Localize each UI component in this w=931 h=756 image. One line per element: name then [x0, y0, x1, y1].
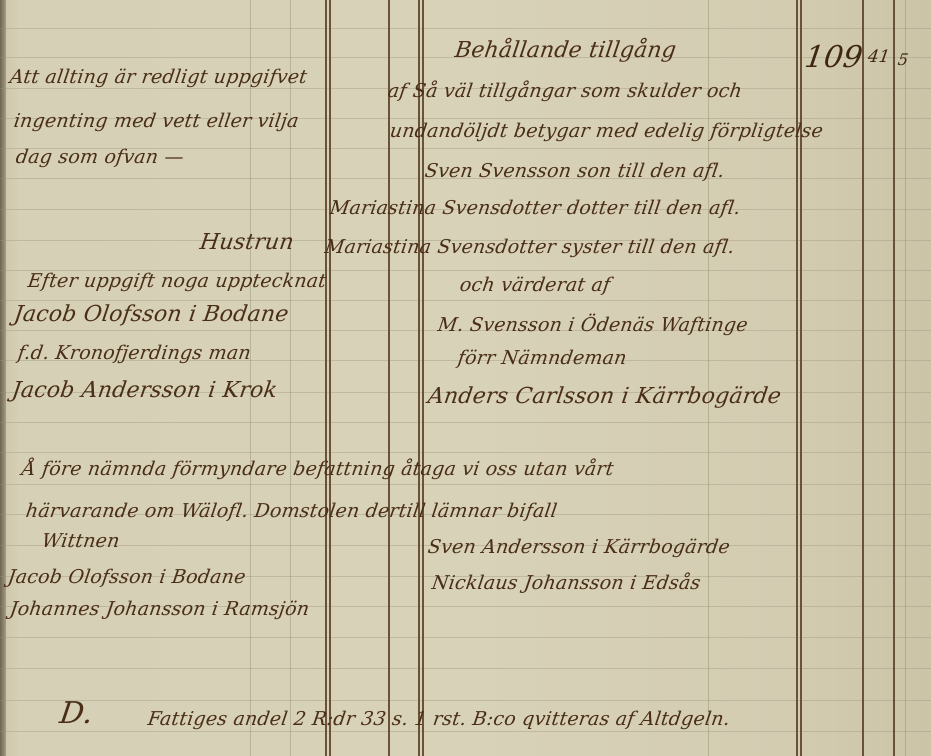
ruled-line	[0, 637, 931, 638]
appraisal-continuation: och värderat af	[458, 274, 611, 296]
ruled-line	[0, 700, 931, 701]
column-rule	[422, 0, 424, 756]
heir-entry: Sven Svensson son till den afl.	[423, 160, 726, 182]
amount-runstycken: 5	[897, 50, 910, 69]
ruled-line	[0, 484, 931, 485]
declaration-line: dag som ofvan —	[14, 146, 185, 168]
faint-column-guide	[708, 0, 709, 756]
entry-title: Behållande tillgång	[453, 38, 678, 63]
column-rule	[418, 0, 420, 756]
hustrun-label: Hustrun	[198, 230, 295, 255]
book-binding-edge	[0, 0, 6, 756]
guardian-signature: Sven Andersson i Kärrbogärde	[426, 536, 731, 558]
appraiser-signature: Anders Carlsson i Kärrbogärde	[426, 384, 783, 409]
witness-signature: Jacob Olofsson i Bodane	[12, 302, 290, 327]
guardianship-text: Å före nämnda förmyndare befattning åtag…	[20, 458, 615, 480]
amount-column-rule	[800, 0, 802, 756]
column-rule	[329, 0, 331, 756]
amount-skilling: 41	[867, 47, 891, 67]
witnesses-label: Wittnen	[40, 530, 121, 552]
ruled-line	[0, 731, 931, 732]
ruled-line	[0, 28, 931, 29]
amount-column-rule	[862, 0, 864, 756]
column-rule	[388, 0, 390, 756]
declaration-line: Att allting är redligt uppgifvet	[8, 66, 308, 88]
column-rule	[325, 0, 327, 756]
footer-note-text: Fattiges andel 2 R:dr 33 s. 1 rst. B:co …	[146, 708, 731, 730]
heir-entry: Mariastina Svensdotter dotter till den a…	[328, 197, 742, 219]
faint-column-guide	[905, 0, 906, 756]
declaration-line: undandöljdt betygar med edelig förpligte…	[388, 120, 824, 142]
witness-signature: f.d. Kronofjerdings man	[16, 342, 252, 364]
amount-column-rule	[893, 0, 895, 756]
heir-entry: Mariastina Svensdotter syster till den a…	[323, 236, 736, 258]
amount-riksdaler: 109	[803, 40, 865, 75]
guardian-signature: Nicklaus Johansson i Edsås	[430, 572, 702, 594]
declaration-line: af Så väl tillgångar som skulder och	[386, 80, 743, 102]
guardianship-text: härvarande om Wälofl. Domstolen dertill …	[24, 500, 558, 522]
ledger-page: Behållande tillgång 109 41 5 Att allting…	[0, 0, 931, 756]
appraiser-signature: förr Nämndeman	[456, 347, 628, 369]
appraiser-signature: M. Svensson i Ödenäs Waftinge	[436, 314, 749, 336]
ruled-line	[0, 422, 931, 423]
footer-initial: D.	[58, 696, 96, 731]
ruled-line	[0, 452, 931, 453]
witness-signature: Jacob Andersson i Krok	[10, 378, 279, 403]
declaration-line: ingenting med vett eller vilja	[12, 110, 300, 132]
ruled-line	[0, 300, 931, 301]
guardian-signature: Jacob Olofsson i Bodane	[6, 566, 247, 588]
ruled-line	[0, 668, 931, 669]
guardian-signature: Johannes Johansson i Ramsjön	[8, 598, 310, 620]
appraisal-intro: Efter uppgift noga upptecknat	[26, 270, 327, 292]
amount-column-rule	[796, 0, 798, 756]
